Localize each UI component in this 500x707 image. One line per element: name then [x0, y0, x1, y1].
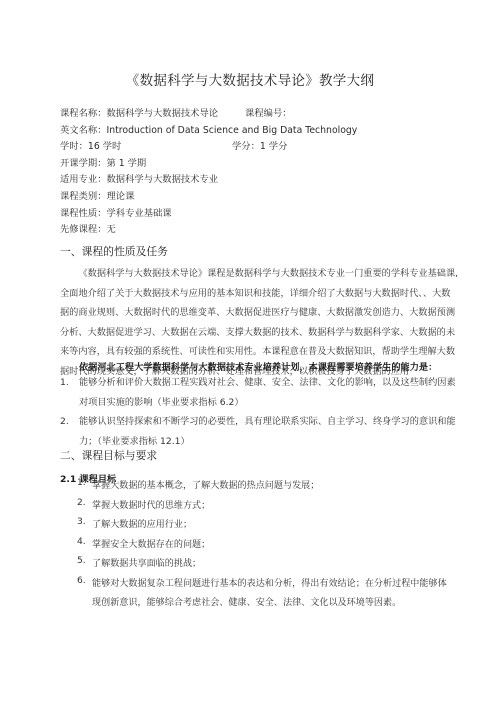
- major-value: 数据科学与大数据技术专业: [107, 174, 219, 185]
- goal-text: 掌握大数据时代的思维方式；: [92, 498, 210, 511]
- section-2-heading: 二、课程目标与要求: [60, 448, 157, 463]
- major-row: 适用专业：数据科学与大数据技术专业: [60, 172, 460, 189]
- ability-intro: 依据河北工程大学数据科学与大数据技术专业培养计划，本课程需要培养学生的能力是：: [79, 359, 437, 373]
- category-value: 理论课: [107, 191, 135, 202]
- course-name-label: 课程名称：: [60, 108, 107, 119]
- semester-row: 开课学期：第 1 学期: [60, 156, 460, 173]
- paragraph-line: 据的商业规则、大数据时代的思维变革、大数据促进医疗与健康、大数据激发创造力、大数…: [60, 303, 458, 323]
- semester-value: 第 1 学期: [107, 158, 147, 169]
- prereq-label: 先修课程：: [60, 224, 107, 235]
- goal-text: 了解大数据的应用行业；: [92, 517, 192, 530]
- nature-row: 课程性质：学科专业基础课: [60, 206, 460, 223]
- course-name-value: 数据科学与大数据技术导论: [107, 108, 219, 119]
- hours-credits-row: 学时：16 学时 学分：1 学分: [60, 139, 460, 156]
- paragraph-line: 全面地介绍了关于大数据技术与应用的基本知识和技能，详细介绍了大数据与大数据时代、…: [60, 284, 458, 304]
- document-page: 《数据科学与大数据技术导论》教学大纲 课程名称：数据科学与大数据技术导论 课程编…: [0, 0, 500, 707]
- goal-number: 2.: [77, 498, 86, 508]
- english-name-label: 英文名称：: [60, 125, 107, 136]
- english-name-value: Introduction of Data Science and Big Dat…: [107, 125, 358, 136]
- hours-label: 学时：: [60, 141, 88, 152]
- category-label: 课程类别：: [60, 191, 107, 202]
- ability-line: 能够认识坚持探索和不断学习的必要性，具有理论联系实际、自主学习、终身学习的意识和…: [79, 412, 456, 432]
- course-name-row: 课程名称：数据科学与大数据技术导论 课程编号：: [60, 106, 460, 123]
- major-label: 适用专业：: [60, 174, 107, 185]
- ability-number: 1.: [60, 373, 69, 393]
- goal-number: 4.: [77, 537, 86, 547]
- nature-value: 学科专业基础课: [107, 208, 172, 219]
- course-info-block: 课程名称：数据科学与大数据技术导论 课程编号： 英文名称：Introductio…: [60, 106, 460, 239]
- hours-value: 16 学时: [88, 141, 121, 152]
- goal-number: 6.: [77, 576, 86, 586]
- semester-label: 开课学期：: [60, 158, 107, 169]
- goal-text: 现创新意识，能够综合考虑社会、健康、安全、法律、文化以及环境等因素。: [92, 595, 401, 608]
- ability-item-1: 1. 能够分析和评价大数据工程实践对社会、健康、安全、法律、文化的影响，以及这些…: [60, 373, 460, 413]
- goal-number: 3.: [77, 517, 86, 527]
- goal-number: 1.: [77, 478, 86, 488]
- nature-label: 课程性质：: [60, 208, 107, 219]
- goal-text: 能够对大数据复杂工程问题进行基本的表达和分析，得出有效结论；在分析过程中能够体: [92, 576, 447, 589]
- category-row: 课程类别：理论课: [60, 189, 460, 206]
- goal-text: 掌握大数据的基本概念，了解大数据的热点问题与发展；: [92, 478, 319, 491]
- paragraph-line: 分析、大数据促进学习、大数据在云端、支撑大数据的技术、数据科学与数据科学家、大数…: [60, 323, 458, 343]
- course-code-label: 课程编号：: [245, 106, 292, 123]
- credits-label: 学分：: [232, 141, 260, 152]
- goal-number: 5.: [77, 556, 86, 566]
- ability-line: 能够分析和评价大数据工程实践对社会、健康、安全、法律、文化的影响，以及这些制约因…: [79, 373, 456, 393]
- ability-number: 2.: [60, 412, 69, 432]
- english-name-row: 英文名称：Introduction of Data Science and Bi…: [60, 123, 460, 140]
- prereq-row: 先修课程：无: [60, 222, 460, 239]
- document-title: 《数据科学与大数据技术导论》教学大纲: [0, 69, 500, 89]
- prereq-value: 无: [107, 224, 116, 235]
- ability-item-2: 2. 能够认识坚持探索和不断学习的必要性，具有理论联系实际、自主学习、终身学习的…: [60, 412, 460, 452]
- credits-value: 1 学分: [260, 141, 287, 152]
- credits-field: 学分：1 学分: [232, 139, 287, 156]
- goal-text: 了解数据共享面临的挑战；: [92, 556, 201, 569]
- paragraph-line: 《数据科学与大数据技术导论》课程是数据科学与大数据技术专业一门重要的学科专业基础…: [60, 264, 458, 284]
- ability-line: 对项目实施的影响（毕业要求指标 6.2）: [79, 393, 244, 413]
- goal-text: 掌握安全大数据存在的问题；: [92, 537, 210, 550]
- section-1-heading: 一、课程的性质及任务: [60, 244, 168, 259]
